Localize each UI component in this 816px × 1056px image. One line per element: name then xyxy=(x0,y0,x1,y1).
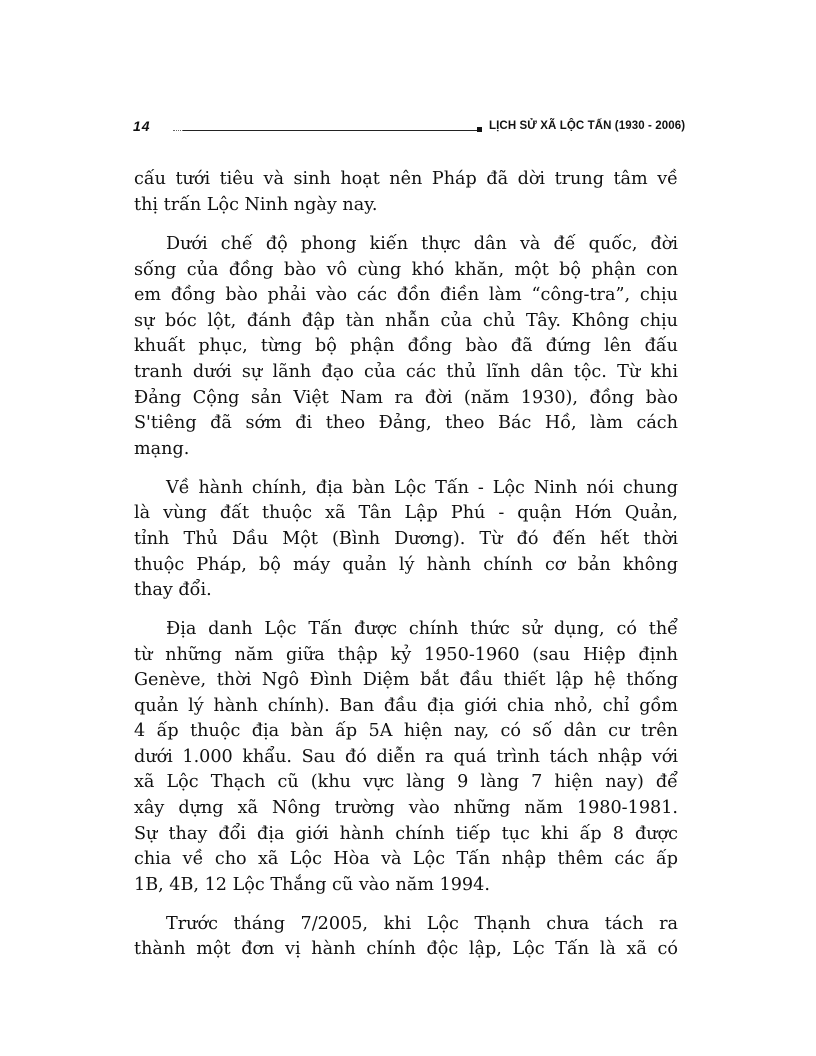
paragraph-line: quản lý hành chính). Ban đầu địa giới ch… xyxy=(134,693,678,719)
header-rule xyxy=(183,130,480,131)
paragraph-line: xây dựng xã Nông trường vào những năm 19… xyxy=(134,795,678,821)
paragraph-line: thuộc Pháp, bộ máy quản lý hành chính cơ… xyxy=(134,552,678,578)
paragraph-line: tranh dưới sự lãnh đạo của các thủ lĩnh … xyxy=(134,359,678,385)
header-bullet-icon xyxy=(477,127,482,132)
paragraph-line: em đồng bào phải vào các đồn điền làm “c… xyxy=(134,282,678,308)
paragraph-line: Trước tháng 7/2005, khi Lộc Thạnh chưa t… xyxy=(166,911,678,937)
paragraph-line: từ những năm giữa thập kỷ 1950-1960 (sau… xyxy=(134,642,678,668)
book-page: 14 LỊCH SỬ XÃ LỘC TẤN (1930 - 2006) cấu … xyxy=(0,0,816,1056)
paragraph-line: khuất phục, từng bộ phận đồng bào đã đứn… xyxy=(134,333,678,359)
paragraph-line: thành một đơn vị hành chính độc lập, Lộc… xyxy=(134,936,678,962)
paragraph-line: sống của đồng bào vô cùng khó khăn, một … xyxy=(134,257,678,283)
paragraph-line: Đảng Cộng sản Việt Nam ra đời (năm 1930)… xyxy=(134,385,678,411)
paragraph-line: thay đổi. xyxy=(134,577,678,603)
running-title: LỊCH SỬ XÃ LỘC TẤN (1930 - 2006) xyxy=(489,120,685,132)
paragraph-line: Về hành chính, địa bàn Lộc Tấn - Lộc Nin… xyxy=(166,475,678,501)
paragraph-line: dưới 1.000 khẩu. Sau đó diễn ra quá trìn… xyxy=(134,744,678,770)
paragraph-line: Sự thay đổi địa giới hành chính tiếp tục… xyxy=(134,821,678,847)
paragraph-line: 1B, 4B, 12 Lộc Thắng cũ vào năm 1994. xyxy=(134,872,678,898)
paragraph-line: Genève, thời Ngô Đình Diệm bắt đầu thiết… xyxy=(134,667,678,693)
paragraph-line: sự bóc lột, đánh đập tàn nhẫn của chủ Tâ… xyxy=(134,308,678,334)
page-number: 14 xyxy=(133,118,151,134)
paragraph-line: tỉnh Thủ Dầu Một (Bình Dương). Từ đó đến… xyxy=(134,526,678,552)
paragraph-line: chia về cho xã Lộc Hòa và Lộc Tấn nhập t… xyxy=(134,846,678,872)
paragraph-line: xã Lộc Thạch cũ (khu vực làng 9 làng 7 h… xyxy=(134,769,678,795)
paragraph-line: Dưới chế độ phong kiến thực dân và đế qu… xyxy=(166,231,678,257)
paragraph-line: cấu tưới tiêu và sinh hoạt nên Pháp đã d… xyxy=(134,166,678,192)
paragraph-line: Địa danh Lộc Tấn được chính thức sử dụng… xyxy=(166,616,678,642)
paragraph-line: là vùng đất thuộc xã Tân Lập Phú - quận … xyxy=(134,500,678,526)
paragraph-line: thị trấn Lộc Ninh ngày nay. xyxy=(134,192,678,218)
paragraph-line: 4 ấp thuộc địa bàn ấp 5A hiện nay, có số… xyxy=(134,718,678,744)
page-header: 14 LỊCH SỬ XÃ LỘC TẤN (1930 - 2006) xyxy=(133,118,679,138)
paragraph-line: S'tiêng đã sớm đi theo Đảng, theo Bác Hồ… xyxy=(134,410,678,436)
paragraph-line: mạng. xyxy=(134,436,678,462)
